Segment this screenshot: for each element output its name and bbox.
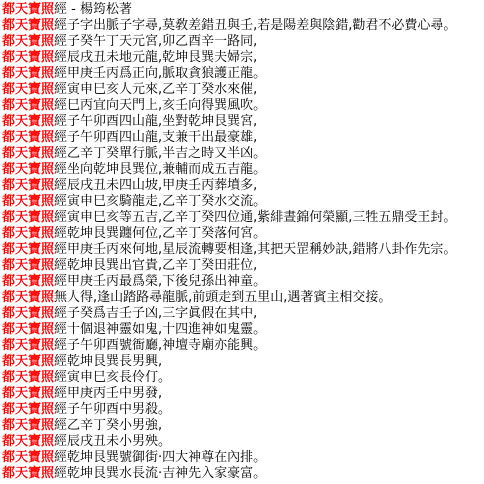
line-text: 經寅申巳亥人元來,乙辛丁癸水來催, xyxy=(54,82,257,97)
text-line: 都天寶照經寅申巳亥人元來,乙辛丁癸水來催, xyxy=(2,82,484,98)
line-highlight-prefix: 都天寶照 xyxy=(2,146,54,161)
line-text: 經寅申巳亥騎龍走,乙辛丁癸水交流。 xyxy=(54,194,266,209)
line-text: 經甲庚壬丙來何地,星辰流轉要相逢,其把天罡稱妙訣,錯將八卦作先宗。 xyxy=(54,242,456,257)
line-text: 經十個退神靈如鬼,十四進神如鬼靈。 xyxy=(54,322,266,337)
line-text: 經乾坤艮巽水長流‧吉神先入家豪富。 xyxy=(54,466,266,481)
line-text: 經甲庚壬丙爲正向,脈取貪狼護正龍。 xyxy=(54,66,266,81)
text-line: 都天寶照經十個退神靈如鬼,十四進神如鬼靈。 xyxy=(2,322,484,338)
text-line: 都天寶照經子午卯酉號衙廳,神壇寺廟亦能興。 xyxy=(2,338,484,354)
text-line: 都天寶照經巳丙宜向天門上,亥壬向得巽風吹。 xyxy=(2,98,484,114)
text-line: 都天寶照經乾坤艮巽出官貴,乙辛丁癸田莊位, xyxy=(2,258,484,274)
line-highlight-prefix: 都天寶照 xyxy=(2,50,54,65)
line-text: 經乾坤艮巽出官貴,乙辛丁癸田莊位, xyxy=(54,258,257,273)
line-text: 經辰戌丑未小男殃。 xyxy=(54,434,171,449)
text-line: 都天寶照經甲庚丙壬中男發, xyxy=(2,386,484,402)
line-highlight-prefix: 都天寶照 xyxy=(2,386,54,401)
line-highlight-prefix: 都天寶照 xyxy=(2,450,54,465)
text-line: 都天寶照經辰戌丑未小男殃。 xyxy=(2,434,484,450)
line-text: 經乾坤艮巽躔何位,乙辛丁癸落何宮。 xyxy=(54,226,266,241)
line-text: 經子午卯酉中男殺。 xyxy=(54,402,171,417)
text-line: 都天寶照經甲庚壬丙來何地,星辰流轉要相逢,其把天罡稱妙訣,錯將八卦作先宗。 xyxy=(2,242,484,258)
line-highlight-prefix: 都天寶照 xyxy=(2,98,54,113)
line-text: 經巳丙宜向天門上,亥壬向得巽風吹。 xyxy=(54,98,266,113)
text-line: 都天寶照無人得,逢山踏路尋龍脈,前頭走到五里山,遇著賓主相交接。 xyxy=(2,290,484,306)
text-line: 都天寶照經辰戌丑未四山坡,甲庚壬丙葬墳多, xyxy=(2,178,484,194)
text-line: 都天寶照經甲庚壬丙最爲榮,下後兒孫出神童。 xyxy=(2,274,484,290)
text-line: 都天寶照經乾坤艮巽躔何位,乙辛丁癸落何宮。 xyxy=(2,226,484,242)
text-line: 都天寶照經乾坤艮巽水長流‧吉神先入家豪富。 xyxy=(2,466,484,482)
text-line: 都天寶照經辰戌丑未地元龍,乾坤艮巽夫婦宗, xyxy=(2,50,484,66)
text-line: 都天寶照經坐向乾坤艮巽位,兼輔而成五吉龍。 xyxy=(2,162,484,178)
text-line: 都天寶照經乾坤艮巽號御街‧四大神尊在內排。 xyxy=(2,450,484,466)
document-body: 都天寶照經 - 楊筠松著 都天寶照經子字出脈子字尋,莫敎差錯丑與壬,若是陽差與陰… xyxy=(0,0,484,482)
line-highlight-prefix: 都天寶照 xyxy=(2,466,54,481)
line-text: 經 - 楊筠松著 xyxy=(54,2,132,17)
line-highlight-prefix: 都天寶照 xyxy=(2,226,54,241)
line-text: 經乙辛丁癸小男強, xyxy=(54,418,162,433)
text-line: 都天寶照經寅申巳亥長伶仃。 xyxy=(2,370,484,386)
line-text: 經乾坤艮巽長男興, xyxy=(54,354,162,369)
text-line: 都天寶照經寅申巳亥等五吉,乙辛丁癸四位通,紫緋晝錦何榮顯,三牲五鼎受王封。 xyxy=(2,210,484,226)
line-text: 經子午卯酉四山龍,坐對乾坤艮巽宮, xyxy=(54,114,257,129)
line-text: 經子午卯酉四山龍,支兼干出最豪雄, xyxy=(54,130,257,145)
line-highlight-prefix: 都天寶照 xyxy=(2,34,54,49)
line-highlight-prefix: 都天寶照 xyxy=(2,434,54,449)
line-highlight-prefix: 都天寶照 xyxy=(2,82,54,97)
line-highlight-prefix: 都天寶照 xyxy=(2,338,54,353)
line-highlight-prefix: 都天寶照 xyxy=(2,242,54,257)
line-highlight-prefix: 都天寶照 xyxy=(2,322,54,337)
line-text: 經乾坤艮巽號御街‧四大神尊在內排。 xyxy=(54,450,266,465)
line-highlight-prefix: 都天寶照 xyxy=(2,370,54,385)
line-highlight-prefix: 都天寶照 xyxy=(2,130,54,145)
line-text: 經辰戌丑未四山坡,甲庚壬丙葬墳多, xyxy=(54,178,257,193)
text-line: 都天寶照經子字出脈子字尋,莫敎差錯丑與壬,若是陽差與陰錯,勸君不必費心尋。 xyxy=(2,18,484,34)
text-line: 都天寶照經子午卯酉四山龍,支兼干出最豪雄, xyxy=(2,130,484,146)
line-text: 無人得,逢山踏路尋龍脈,前頭走到五里山,遇著賓主相交接。 xyxy=(54,290,391,305)
line-highlight-prefix: 都天寶照 xyxy=(2,114,54,129)
text-line: 都天寶照經子癸爲吉壬子凶,三字眞假在其中, xyxy=(2,306,484,322)
line-highlight-prefix: 都天寶照 xyxy=(2,418,54,433)
line-text: 經子癸爲吉壬子凶,三字眞假在其中, xyxy=(54,306,257,321)
line-highlight-prefix: 都天寶照 xyxy=(2,162,54,177)
line-text: 經寅申巳亥長伶仃。 xyxy=(54,370,171,385)
line-highlight-prefix: 都天寶照 xyxy=(2,178,54,193)
line-text: 經辰戌丑未地元龍,乾坤艮巽夫婦宗, xyxy=(54,50,257,65)
line-highlight-prefix: 都天寶照 xyxy=(2,2,54,17)
line-highlight-prefix: 都天寶照 xyxy=(2,290,54,305)
text-line: 都天寶照經寅申巳亥騎龍走,乙辛丁癸水交流。 xyxy=(2,194,484,210)
line-text: 經甲庚壬丙最爲榮,下後兒孫出神童。 xyxy=(54,274,266,289)
line-highlight-prefix: 都天寶照 xyxy=(2,210,54,225)
line-highlight-prefix: 都天寶照 xyxy=(2,66,54,81)
text-line: 都天寶照經甲庚壬丙爲正向,脈取貪狼護正龍。 xyxy=(2,66,484,82)
text-line: 都天寶照經子午卯酉四山龍,坐對乾坤艮巽宮, xyxy=(2,114,484,130)
line-text: 經子午卯酉號衙廳,神壇寺廟亦能興。 xyxy=(54,338,266,353)
text-line: 都天寶照經乾坤艮巽長男興, xyxy=(2,354,484,370)
line-text: 經子字出脈子字尋,莫敎差錯丑與壬,若是陽差與陰錯,勸君不必費心尋。 xyxy=(54,18,456,33)
line-highlight-prefix: 都天寶照 xyxy=(2,306,54,321)
line-highlight-prefix: 都天寶照 xyxy=(2,402,54,417)
text-line: 都天寶照經子癸午丁天元宮,卯乙酉辛一路同, xyxy=(2,34,484,50)
line-text: 經子癸午丁天元宮,卯乙酉辛一路同, xyxy=(54,34,257,49)
line-highlight-prefix: 都天寶照 xyxy=(2,354,54,369)
line-text: 經坐向乾坤艮巽位,兼輔而成五吉龍。 xyxy=(54,162,266,177)
line-text: 經寅申巳亥等五吉,乙辛丁癸四位通,紫緋晝錦何榮顯,三牲五鼎受王封。 xyxy=(54,210,456,225)
line-text: 經甲庚丙壬中男發, xyxy=(54,386,162,401)
line-highlight-prefix: 都天寶照 xyxy=(2,18,54,33)
line-text: 經乙辛丁癸單行脈,半吉之時又半凶。 xyxy=(54,146,266,161)
text-line: 都天寶照經子午卯酉中男殺。 xyxy=(2,402,484,418)
line-highlight-prefix: 都天寶照 xyxy=(2,274,54,289)
text-line: 都天寶照經 - 楊筠松著 xyxy=(2,2,484,18)
line-highlight-prefix: 都天寶照 xyxy=(2,194,54,209)
line-highlight-prefix: 都天寶照 xyxy=(2,258,54,273)
text-line: 都天寶照經乙辛丁癸小男強, xyxy=(2,418,484,434)
text-line: 都天寶照經乙辛丁癸單行脈,半吉之時又半凶。 xyxy=(2,146,484,162)
